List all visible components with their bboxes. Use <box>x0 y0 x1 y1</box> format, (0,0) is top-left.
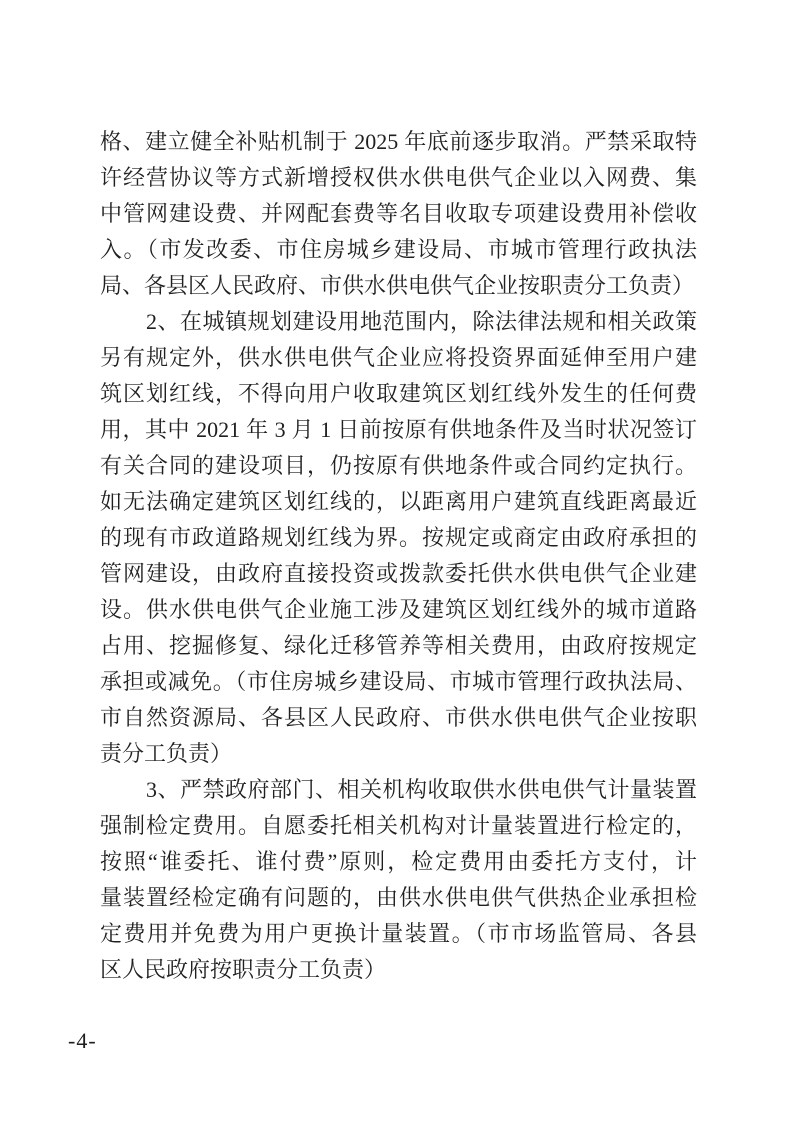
text-line: 责分工负责） <box>100 736 697 772</box>
text-line: 有关合同的建设项目，仍按原有供地条件或合同约定执行。 <box>100 448 697 484</box>
text-line: 格、建立健全补贴机制于 2025 年底前逐步取消。严禁采取特 <box>100 124 697 160</box>
text-line: 市自然资源局、各县区人民政府、市供水供电供气企业按职 <box>100 700 697 736</box>
text-line: 管网建设，由政府直接投资或拨款委托供水供电供气企业建 <box>100 556 697 592</box>
text-line: 中管网建设费、并网配套费等名目收取专项建设费用补偿收 <box>100 196 697 232</box>
text-line: 承担或减免。（市住房城乡建设局、市城市管理行政执法局、 <box>100 664 697 700</box>
text-line: 局、各县区人民政府、市供水供电供气企业按职责分工负责） <box>100 268 697 304</box>
paragraph: 3、严禁政府部门、相关机构收取供水供电供气计量装置强制检定费用。自愿委托相关机构… <box>100 772 697 988</box>
text-line: 强制检定费用。自愿委托相关机构对计量装置进行检定的， <box>100 808 697 844</box>
document-page: 格、建立健全补贴机制于 2025 年底前逐步取消。严禁采取特许经营协议等方式新增… <box>0 0 793 1122</box>
text-line: 定费用并免费为用户更换计量装置。（市市场监管局、各县 <box>100 916 697 952</box>
text-line: 占用、挖掘修复、绿化迁移管养等相关费用，由政府按规定 <box>100 628 697 664</box>
text-line: 另有规定外，供水供电供气企业应将投资界面延伸至用户建 <box>100 340 697 376</box>
paragraph: 格、建立健全补贴机制于 2025 年底前逐步取消。严禁采取特许经营协议等方式新增… <box>100 124 697 304</box>
text-line: 筑区划红线，不得向用户收取建筑区划红线外发生的任何费 <box>100 376 697 412</box>
text-line: 入。（市发改委、市住房城乡建设局、市城市管理行政执法 <box>100 232 697 268</box>
text-line: 按照“谁委托、谁付费”原则，检定费用由委托方支付，计 <box>100 844 697 880</box>
text-line: 2、在城镇规划建设用地范围内，除法律法规和相关政策 <box>100 304 697 340</box>
paragraph: 2、在城镇规划建设用地范围内，除法律法规和相关政策另有规定外，供水供电供气企业应… <box>100 304 697 772</box>
document-body: 格、建立健全补贴机制于 2025 年底前逐步取消。严禁采取特许经营协议等方式新增… <box>100 124 697 988</box>
text-line: 设。供水供电供气企业施工涉及建筑区划红线外的城市道路 <box>100 592 697 628</box>
text-line: 量装置经检定确有问题的，由供水供电供气供热企业承担检 <box>100 880 697 916</box>
text-line: 3、严禁政府部门、相关机构收取供水供电供气计量装置 <box>100 772 697 808</box>
text-line: 如无法确定建筑区划红线的，以距离用户建筑直线距离最近 <box>100 484 697 520</box>
text-line: 用，其中 2021 年 3 月 1 日前按原有供地条件及当时状况签订 <box>100 412 697 448</box>
text-line: 许经营协议等方式新增授权供水供电供气企业以入网费、集 <box>100 160 697 196</box>
page-number: -4- <box>68 1028 97 1054</box>
text-line: 的现有市政道路规划红线为界。按规定或商定由政府承担的 <box>100 520 697 556</box>
text-line: 区人民政府按职责分工负责） <box>100 952 697 988</box>
